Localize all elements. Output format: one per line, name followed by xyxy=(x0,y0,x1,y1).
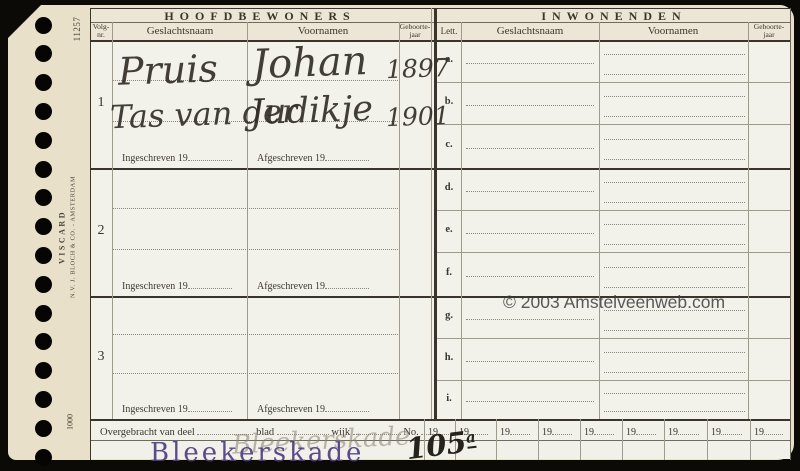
table-vertical-line xyxy=(461,22,462,419)
table-horizontal-line xyxy=(437,380,791,381)
column-header-voornamen-left: Voornamen xyxy=(298,25,349,37)
punch-hole xyxy=(35,391,52,408)
firstname-dotted-line xyxy=(604,202,745,203)
surname-dotted-line xyxy=(466,361,594,362)
punch-hole xyxy=(35,305,52,322)
section-title-inwonenden: INWONENDEN xyxy=(541,9,686,24)
column-header-volgnr: Volg- nr. xyxy=(93,23,110,39)
firstname-dotted-line xyxy=(604,244,745,245)
year-cell-label: 19 xyxy=(668,425,699,438)
column-header-geslachtsnaam-right: Geslachtsnaam xyxy=(497,25,564,37)
column-header-voornamen-right: Voornamen xyxy=(648,25,699,37)
card-serial-number: 11257 xyxy=(72,17,82,42)
watermark-text: © 2003 Amstelveenweb.com xyxy=(503,292,725,313)
punch-hole xyxy=(35,247,52,264)
table-horizontal-line xyxy=(90,40,791,42)
table-vertical-line xyxy=(664,419,665,460)
afgeschreven-dotted-blank xyxy=(325,402,369,412)
year-cell-label: 19 xyxy=(626,425,656,438)
punch-hole xyxy=(35,420,52,437)
year-cell-dotted-blank xyxy=(678,425,699,435)
handwriting-birthyear-2: 1901 xyxy=(386,101,451,132)
handwriting-birthyear-1: 1897 xyxy=(386,53,451,84)
year-cell-label: 19 xyxy=(754,425,783,438)
afgeschreven-label: Afgeschreven 19 xyxy=(257,151,369,164)
punch-hole xyxy=(35,132,52,149)
year-cell-dotted-blank xyxy=(510,425,530,435)
punch-hole xyxy=(35,276,52,293)
firstname-dotted-line xyxy=(604,287,745,288)
table-horizontal-line xyxy=(90,419,791,421)
table-horizontal-line xyxy=(437,124,791,125)
table-vertical-line xyxy=(538,419,539,460)
geboortejaar-right-line2: jaar xyxy=(763,30,774,39)
firstname-dotted-line xyxy=(604,352,745,353)
row-letter: i. xyxy=(437,393,461,404)
year-cell-label: 19 xyxy=(584,425,614,438)
column-header-volgnr-line2: nr. xyxy=(97,30,105,39)
firstname-dotted-line xyxy=(604,116,745,117)
section-title-hoofdbewoners: HOOFDBEWONERS xyxy=(164,9,355,24)
firstname-dotted-line xyxy=(604,393,745,394)
table-vertical-line xyxy=(580,419,581,460)
ingeschreven-label: Ingeschreven 19 xyxy=(122,279,232,292)
firstname-dotted-line xyxy=(604,159,745,160)
year-cell-label: 19 xyxy=(500,425,530,438)
transfer-label: Overgebracht van deel xyxy=(100,427,195,438)
ingeschreven-label: Ingeschreven 19 xyxy=(122,151,232,164)
year-cell-dotted-blank xyxy=(636,425,656,435)
ingeschreven-dotted-blank xyxy=(188,279,232,289)
table-horizontal-line xyxy=(437,252,791,253)
year-cell-dotted-blank xyxy=(764,425,783,435)
afgeschreven-label: Afgeschreven 19 xyxy=(257,279,369,292)
row-letter: c. xyxy=(437,139,461,150)
table-vertical-line xyxy=(748,22,749,419)
name-dotted-line xyxy=(113,373,398,374)
row-letter: g. xyxy=(437,310,461,321)
card-stock-number: 1000 xyxy=(66,414,75,430)
printer-imprint: N.V. J. BLOCH & CO. - AMSTERDAM xyxy=(70,176,77,298)
punch-hole xyxy=(35,74,52,91)
ingeschreven-dotted-blank xyxy=(188,151,232,161)
surname-dotted-line xyxy=(466,191,594,192)
table-horizontal-line xyxy=(437,338,791,339)
firstname-dotted-line xyxy=(604,182,745,183)
ingeschreven-dotted-blank xyxy=(188,402,232,412)
year-cell-label: 19 xyxy=(542,425,572,438)
afgeschreven-dotted-blank xyxy=(325,151,369,161)
firstname-dotted-line xyxy=(604,54,745,55)
punch-hole xyxy=(35,218,52,235)
handwriting-firstname-1: Johan xyxy=(251,38,368,88)
table-vertical-line xyxy=(599,22,600,419)
surname-dotted-line xyxy=(466,319,594,320)
year-cell-dotted-blank xyxy=(594,425,614,435)
surname-dotted-line xyxy=(466,401,594,402)
punch-hole xyxy=(35,362,52,379)
table-vertical-line xyxy=(496,419,497,460)
row-number: 3 xyxy=(90,349,112,365)
surname-dotted-line xyxy=(466,148,594,149)
firstname-dotted-line xyxy=(604,74,745,75)
column-header-geboortejaar-left: Geboorte- jaar xyxy=(400,23,430,39)
punch-hole xyxy=(35,189,52,206)
firstname-dotted-line xyxy=(604,330,745,331)
table-vertical-line xyxy=(790,8,791,460)
card-brand-name: VISCARD xyxy=(58,210,67,264)
handwriting-surname-1: Pruis xyxy=(117,46,218,93)
year-cell-dotted-blank xyxy=(721,425,742,435)
firstname-dotted-line xyxy=(604,224,745,225)
row-number: 2 xyxy=(90,223,112,239)
punch-hole xyxy=(35,17,52,34)
punch-hole xyxy=(35,333,52,350)
year-cell-label: 19 xyxy=(711,425,742,438)
surname-dotted-line xyxy=(466,276,594,277)
afgeschreven-label: Afgeschreven 19 xyxy=(257,402,369,415)
firstname-dotted-line xyxy=(604,96,745,97)
punch-hole xyxy=(35,449,52,466)
column-header-lett: Lett. xyxy=(441,26,458,36)
punch-hole xyxy=(35,161,52,178)
table-vertical-line xyxy=(112,22,113,419)
name-dotted-line xyxy=(113,208,398,209)
row-letter: d. xyxy=(437,182,461,193)
column-header-geboortejaar-right: Geboorte- jaar xyxy=(754,23,784,39)
table-vertical-line xyxy=(622,419,623,460)
firstname-dotted-line xyxy=(604,139,745,140)
firstname-dotted-line xyxy=(604,411,745,412)
ingeschreven-label: Ingeschreven 19 xyxy=(122,402,232,415)
name-dotted-line xyxy=(113,249,398,250)
handwriting-firstname-2: Judikje xyxy=(249,89,373,133)
table-horizontal-line xyxy=(437,82,791,83)
scanned-register-card-photo: 11257 VISCARD N.V. J. BLOCH & CO. - AMST… xyxy=(0,0,800,471)
row-letter: e. xyxy=(437,224,461,235)
table-horizontal-line xyxy=(437,210,791,211)
table-vertical-line xyxy=(750,419,751,460)
year-cell-dotted-blank xyxy=(552,425,572,435)
firstname-dotted-line xyxy=(604,372,745,373)
punch-hole xyxy=(35,103,52,120)
column-header-geslachtsnaam-left: Geslachtsnaam xyxy=(147,25,214,37)
row-letter: h. xyxy=(437,352,461,363)
table-vertical-line xyxy=(707,419,708,460)
table-vertical-line xyxy=(247,22,248,419)
surname-dotted-line xyxy=(466,63,594,64)
name-dotted-line xyxy=(113,334,398,335)
surname-dotted-line xyxy=(466,105,594,106)
punch-hole xyxy=(35,45,52,62)
afgeschreven-dotted-blank xyxy=(325,279,369,289)
row-letter: f. xyxy=(437,267,461,278)
street-name-stamp: Bleekerskade xyxy=(150,438,364,468)
table-horizontal-line xyxy=(90,168,791,170)
geboortejaar-left-line2: jaar xyxy=(409,30,420,39)
surname-dotted-line xyxy=(466,233,594,234)
firstname-dotted-line xyxy=(604,267,745,268)
